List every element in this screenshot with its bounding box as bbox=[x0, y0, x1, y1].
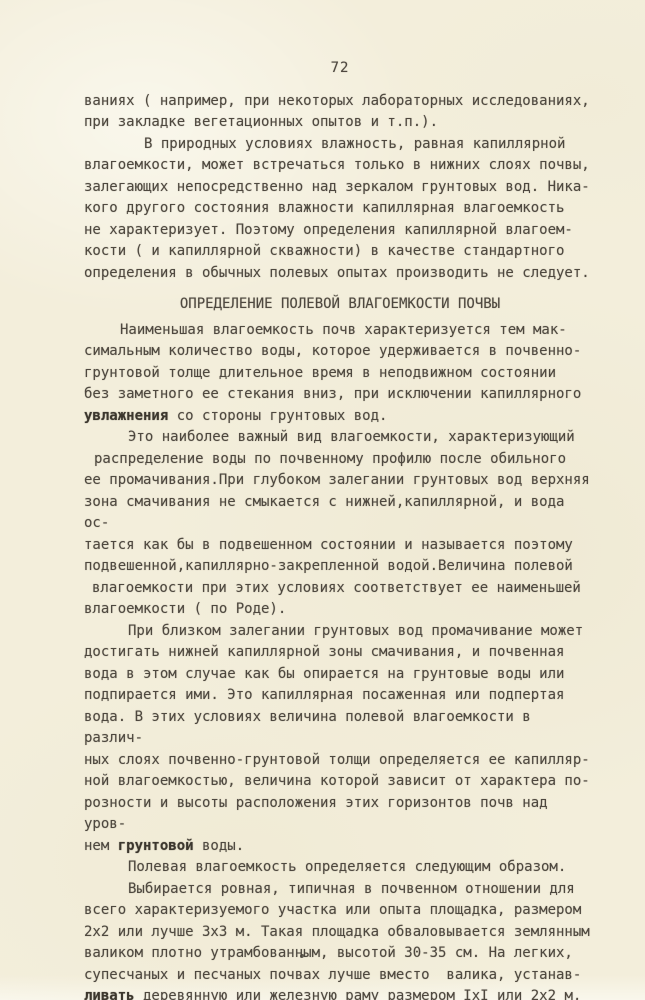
text-segment: ной влагоемкостью, величина которой зави… bbox=[84, 773, 590, 789]
text-line: всего характеризуемого участка или опыта… bbox=[84, 900, 596, 922]
text-line: ных слоях почвенно-грунтовой толщи опред… bbox=[84, 750, 596, 772]
text-line: распределение воды по почвенному профилю… bbox=[94, 449, 596, 471]
text-line: В природных условиях влажность, равная к… bbox=[84, 134, 596, 156]
text-line: при закладке вегетационных опытов и т.п.… bbox=[84, 112, 596, 134]
text-segment: кости ( и капиллярной скважности) в каче… bbox=[84, 243, 564, 259]
text-line: влагоемкости, может встречаться только в… bbox=[84, 155, 596, 177]
text-segment: при закладке вегетационных опытов и т.п.… bbox=[84, 114, 438, 130]
text-segment: вода. В этих условиях величина полевой в… bbox=[84, 709, 539, 747]
text-segment: влагоемкости, может встречаться только в… bbox=[84, 157, 590, 173]
text-line: подпирается ими. Это капиллярная посажен… bbox=[84, 685, 596, 707]
text-segment: В природных условиях влажность, равная к… bbox=[144, 136, 565, 152]
overstruck-word: ливать bbox=[84, 988, 135, 1000]
text-line: достигать нижней капиллярной зоны смачив… bbox=[84, 642, 596, 664]
text-line: Наименьшая влагоемкость почв характеризу… bbox=[84, 320, 596, 342]
text-line: супесчаных и песчаных почвах лучше вмест… bbox=[84, 965, 596, 987]
text-line: грунтовой толще длительное время в непод… bbox=[84, 363, 596, 385]
text-line: влагоемкости при этих условиях соответст… bbox=[92, 578, 596, 600]
text-segment: симальным количество воды, которое удерж… bbox=[84, 343, 581, 359]
text-line: тается как бы в подвешенном состоянии и … bbox=[84, 535, 596, 557]
text-line: ной влагоемкостью, величина которой зави… bbox=[84, 771, 596, 793]
text-segment: Наименьшая влагоемкость почв характеризу… bbox=[120, 322, 567, 338]
text-segment: нем bbox=[84, 838, 118, 854]
text-segment: ных слоях почвенно-грунтовой толщи опред… bbox=[84, 752, 590, 768]
text-line: 2х2 или лучше 3х3 м. Такая площадка обва… bbox=[84, 922, 596, 944]
overstruck-word: увлажнения bbox=[84, 408, 168, 424]
text-segment: Это наиболее важный вид влагоемкости, ха… bbox=[128, 429, 575, 445]
text-line: кого другого состояния влажности капилля… bbox=[84, 198, 596, 220]
text-column: 72 ваниях ( например, при некоторых лабо… bbox=[84, 0, 596, 1000]
text-segment: кого другого состояния влажности капилля… bbox=[84, 200, 564, 216]
text-line: ваниях ( например, при некоторых лаборат… bbox=[84, 91, 596, 113]
text-segment: ее промачивания.При глубоком залегании г… bbox=[84, 472, 590, 488]
text-line: определения в обычных полевых опытах про… bbox=[84, 263, 596, 285]
text-segment: залегающих непосредственно над зеркалом … bbox=[84, 179, 590, 195]
text-line: ливать деревянную или железную раму разм… bbox=[84, 986, 596, 1000]
text-line: розности и высоты расположения этих гори… bbox=[84, 793, 596, 836]
text-segment: зона смачивания не смыкается с нижней,ка… bbox=[84, 494, 573, 532]
text-line: без заметного ее стекания вниз, при искл… bbox=[84, 384, 596, 406]
text-segment: не характеризует. Поэтому определения ка… bbox=[84, 222, 573, 238]
text-line: подвешенной,капиллярно-закрепленной водо… bbox=[84, 556, 596, 578]
text-segment: При близком залегании грунтовых вод пром… bbox=[128, 623, 583, 639]
text-segment: всего характеризуемого участка или опыта… bbox=[84, 902, 581, 918]
text-line: залегающих непосредственно над зеркалом … bbox=[84, 177, 596, 199]
text-segment: розности и высоты расположения этих гори… bbox=[84, 795, 556, 833]
text-segment: Выбирается ровная, типичная в почвенном … bbox=[128, 881, 575, 897]
text-segment: подвешенной,капиллярно-закрепленной водо… bbox=[84, 558, 573, 574]
text-segment: тается как бы в подвешенном состоянии и … bbox=[84, 537, 573, 553]
page-number: 72 bbox=[84, 58, 596, 80]
overstruck-word: грунтовой bbox=[118, 838, 194, 854]
text-line: Это наиболее важный вид влагоемкости, ха… bbox=[84, 427, 596, 449]
text-line: кости ( и капиллярной скважности) в каче… bbox=[84, 241, 596, 263]
text-segment: без заметного ее стекания вниз, при искл… bbox=[84, 386, 581, 402]
text-line: симальным количество воды, которое удерж… bbox=[84, 341, 596, 363]
text-segment: 2х2 или лучше 3х3 м. Такая площадка обва… bbox=[84, 924, 590, 940]
text-segment: воды. bbox=[194, 838, 245, 854]
text-line: влагоемкости ( по Роде). bbox=[84, 599, 596, 621]
text-segment: со стороны грунтовых вод. bbox=[168, 408, 387, 424]
text-line: валиком плотно утрамбованным, высотой 30… bbox=[84, 943, 596, 965]
section-heading: ОПРЕДЕЛЕНИЕ ПОЛЕВОЙ ВЛАГОЕМКОСТИ ПОЧВЫ bbox=[84, 294, 596, 316]
text-line: При близком залегании грунтовых вод пром… bbox=[84, 621, 596, 643]
text-line: зона смачивания не смыкается с нижней,ка… bbox=[84, 492, 596, 535]
text-line: вода. В этих условиях величина полевой в… bbox=[84, 707, 596, 750]
text-line: вода в этом случае как бы опирается на г… bbox=[84, 664, 596, 686]
paragraph-block-post-heading: Наименьшая влагоемкость почв характеризу… bbox=[84, 320, 596, 1000]
text-segment: валиком плотно утрамбованным, высотой 30… bbox=[84, 945, 573, 961]
text-segment: подпирается ими. Это капиллярная посажен… bbox=[84, 687, 564, 703]
text-segment: достигать нижней капиллярной зоны смачив… bbox=[84, 644, 564, 660]
text-line: ее промачивания.При глубоком залегании г… bbox=[84, 470, 596, 492]
text-segment: влагоемкости при этих условиях соответст… bbox=[92, 580, 581, 596]
text-line: не характеризует. Поэтому определения ка… bbox=[84, 220, 596, 242]
text-segment: определения в обычных полевых опытах про… bbox=[84, 265, 590, 281]
text-line: Выбирается ровная, типичная в почвенном … bbox=[84, 879, 596, 901]
text-segment: влагоемкости ( по Роде). bbox=[84, 601, 286, 617]
text-segment: супесчаных и песчаных почвах лучше вмест… bbox=[84, 967, 581, 983]
text-line: нем грунтовой воды. bbox=[84, 836, 596, 858]
text-segment: деревянную или железную раму размером Iх… bbox=[135, 988, 582, 1000]
text-segment: вода в этом случае как бы опирается на г… bbox=[84, 666, 564, 682]
paragraph-block-pre-heading: ваниях ( например, при некоторых лаборат… bbox=[84, 91, 596, 285]
text-segment: Полевая влагоемкость определяется следую… bbox=[128, 859, 566, 875]
text-segment: распределение воды по почвенному профилю… bbox=[94, 451, 566, 467]
scanned-document-page: 72 ваниях ( например, при некоторых лабо… bbox=[0, 0, 645, 1000]
text-line: Полевая влагоемкость определяется следую… bbox=[84, 857, 596, 879]
text-segment: грунтовой толще длительное время в непод… bbox=[84, 365, 556, 381]
text-line: увлажнения со стороны грунтовых вод. bbox=[84, 406, 596, 428]
text-segment: ваниях ( например, при некоторых лаборат… bbox=[84, 93, 590, 109]
